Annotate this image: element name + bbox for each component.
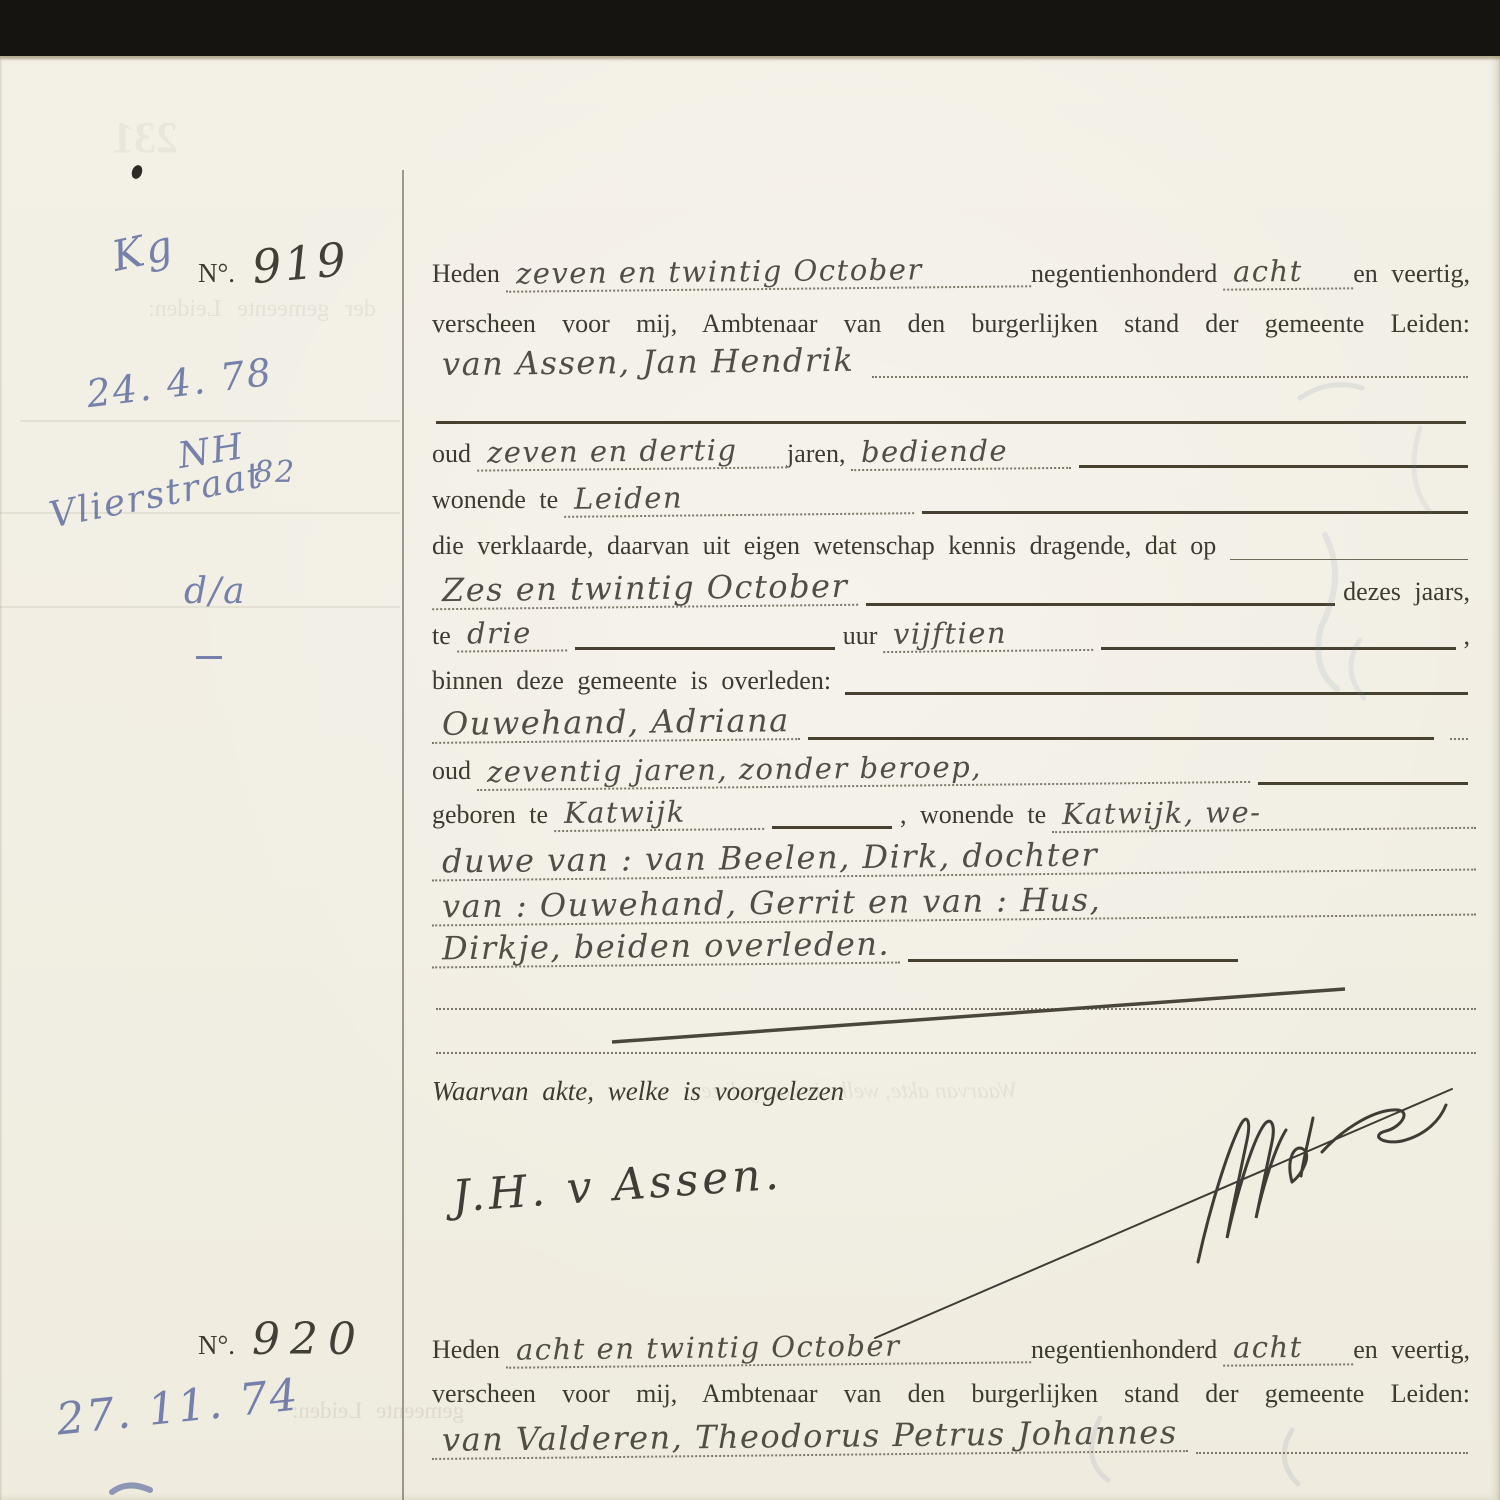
record1-line-relation1: duwe van : van Beelen, Dirk, dochter bbox=[432, 830, 1476, 876]
record1-line-declarant: van Assen, Jan Hendrik bbox=[432, 334, 1476, 380]
ghost-page-number: 231 bbox=[112, 112, 178, 163]
blank-line-fill bbox=[922, 511, 1468, 514]
record2-number-label: N°. bbox=[198, 1332, 241, 1362]
printed-negentienhonderd: negentienhonderd bbox=[1031, 1337, 1223, 1366]
record2-line-opening: Heden acht en twintig October negentienh… bbox=[432, 1320, 1476, 1366]
printed-en-veertig: en veertig, bbox=[1353, 1337, 1476, 1366]
blank-line-fill bbox=[845, 692, 1468, 695]
blank-line-fill bbox=[772, 826, 892, 829]
printed-geboren-te: geboren te bbox=[432, 802, 554, 831]
printed-te: te bbox=[432, 623, 457, 652]
hw-relation-parents2: Dirkje, beiden overleden. bbox=[432, 928, 900, 969]
record1-line-age-occupation: oud zeven en dertig jaren, bediende bbox=[432, 424, 1476, 470]
blank-line-fill bbox=[575, 647, 835, 650]
hw-declarant-age: zeven en dertig bbox=[477, 435, 787, 471]
margin-note-da-dash bbox=[196, 656, 222, 659]
printed-overleden: binnen deze gemeente is overleden: bbox=[432, 668, 837, 697]
printed-heden: Heden bbox=[432, 1337, 506, 1366]
record1-line-death-time: te drie uur vijftien , bbox=[432, 606, 1476, 652]
printed-negentienhonderd: negentienhonderd bbox=[1031, 261, 1223, 290]
record1-line-declaration: die verklaarde, daarvan uit eigen wetens… bbox=[432, 516, 1476, 562]
printed-heden: Heden bbox=[432, 261, 506, 290]
printed-verklaring: die verklaarde, daarvan uit eigen wetens… bbox=[432, 533, 1222, 562]
record2-line-declarant: van Valderen, Theodorus Petrus Johannes bbox=[432, 1410, 1476, 1456]
hw-deceased-residence: Katwijk, we- bbox=[1052, 796, 1476, 833]
hw-death-hour: drie bbox=[457, 618, 567, 652]
blank-line-fill bbox=[1196, 1452, 1468, 1454]
record1-line-deceased-age: oud zeventig jaren, zonder beroep, bbox=[432, 741, 1476, 787]
blank-line-fill bbox=[908, 959, 1238, 962]
record1-number-label: N°. bbox=[198, 260, 241, 290]
printed-verscheen: verscheen voor mij, Ambtenaar van den bu… bbox=[432, 1381, 1476, 1410]
record1-line-relation2: van : Ouwehand, Gerrit en van : Hus, bbox=[432, 875, 1476, 921]
printed-uur: uur bbox=[843, 623, 884, 652]
record1-line-birthplace: geboren te Katwijk , wonende te Katwijk,… bbox=[432, 785, 1476, 831]
hw-birthplace: Katwijk bbox=[554, 797, 764, 832]
ghost-text-top: der gemeente Leiden: bbox=[148, 296, 376, 323]
hw-declarant-occupation: bediende bbox=[851, 436, 1071, 471]
margin-note-da: d/a bbox=[184, 574, 247, 610]
record1-line-death-date: Zes en twintig October dezes jaars, bbox=[432, 562, 1476, 608]
hw-death-report-date: acht en twintig October bbox=[506, 1330, 1031, 1368]
printed-oud: oud bbox=[432, 441, 477, 470]
margin-divider-rule bbox=[402, 170, 404, 1500]
register-page-scan: 231 der gemeente Leiden: Waarvan akte, w… bbox=[0, 0, 1500, 1500]
record2-number-value: 920 bbox=[252, 1318, 366, 1362]
hw-death-report-date: zeven en twintig October bbox=[506, 254, 1031, 292]
margin-note-house-number: 82 bbox=[254, 458, 296, 488]
blank-line-fill bbox=[1230, 559, 1468, 560]
record1-line-opening: Heden zeven en twintig October negentien… bbox=[432, 244, 1476, 290]
record1-line-relation3: Dirkje, beiden overleden. bbox=[432, 920, 1476, 966]
record1-line-residence: wonende te Leiden bbox=[432, 470, 1476, 516]
margin-note-kg: Kg bbox=[108, 224, 178, 278]
printed-comma: , bbox=[1464, 623, 1477, 652]
hw-death-minutes: vijftien bbox=[883, 618, 1093, 653]
hw-year: acht bbox=[1223, 1332, 1353, 1366]
blank-line-fill bbox=[872, 376, 1468, 378]
printed-jaren: jaren, bbox=[787, 441, 851, 470]
printed-wonende-te: wonende te bbox=[432, 487, 564, 516]
blank-line-fill bbox=[1450, 738, 1468, 740]
printed-en-veertig: en veertig, bbox=[1353, 261, 1476, 290]
printed-dezes-jaars: dezes jaars, bbox=[1343, 579, 1476, 608]
record1-line-overleden-label: binnen deze gemeente is overleden: bbox=[432, 651, 1476, 697]
hw-death-date: Zes en twintig October bbox=[432, 570, 859, 610]
empty-dotted-line bbox=[436, 1008, 1476, 1010]
hw-year: acht bbox=[1223, 256, 1353, 290]
hw-deceased-name: Ouwehand, Adriana bbox=[432, 704, 800, 744]
hw-declarant-residence: Leiden bbox=[564, 481, 914, 518]
printed-waarvan-akte: Waarvan akte, welke is voorgelezen bbox=[432, 1078, 850, 1108]
blank-line-fill bbox=[1079, 465, 1468, 468]
record2-line-verscheen: verscheen voor mij, Ambtenaar van den bu… bbox=[432, 1364, 1476, 1410]
blank-line-fill bbox=[808, 737, 1434, 740]
printed-oud2: oud bbox=[432, 758, 477, 787]
hw-declarant-name: van Assen, Jan Hendrik bbox=[432, 344, 865, 383]
blank-line-fill bbox=[1101, 647, 1455, 650]
record1-line-slotformule: Waarvan akte, welke is voorgelezen bbox=[432, 1062, 1476, 1108]
empty-dotted-line bbox=[436, 1052, 1476, 1054]
printed-wonende-te2: , wonende te bbox=[900, 802, 1052, 831]
hw-declarant-name: van Valderen, Theodorus Petrus Johannes bbox=[432, 1416, 1188, 1460]
record1-number-value: 919 bbox=[250, 236, 350, 290]
record1-line-deceased-name: Ouwehand, Adriana bbox=[432, 696, 1476, 742]
